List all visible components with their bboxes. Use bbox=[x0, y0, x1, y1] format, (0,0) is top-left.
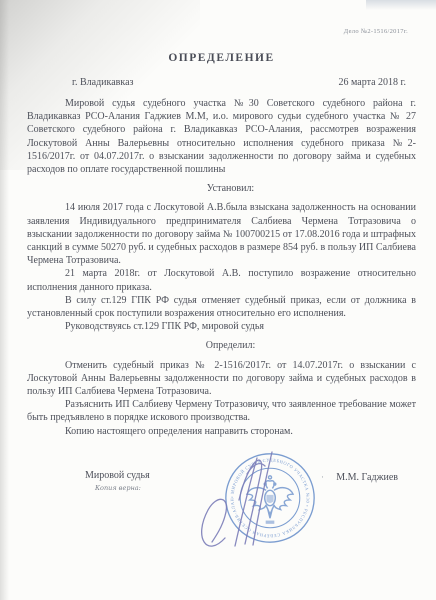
preamble-paragraph: Мировой судья судебного участка №30 Сове… bbox=[27, 97, 416, 176]
paragraph: В силу ст.129 ГПК РФ судья отменяет суде… bbox=[27, 294, 416, 320]
document-body: Мировой судья судебного участка №30 Сове… bbox=[27, 97, 416, 438]
paragraph: 14 июля 2017 года с Лоскутовой А.В.была … bbox=[27, 201, 416, 267]
signature-block: Мировой судья Копия верна: · М.М. Гаджие… bbox=[27, 464, 416, 584]
judge-signature bbox=[177, 442, 327, 572]
document-title: ОПРЕДЕЛЕНИЕ bbox=[27, 52, 416, 64]
scanned-court-document: Дело №2-1516/2017г. ОПРЕДЕЛЕНИЕ г. Влади… bbox=[0, 0, 436, 600]
judge-name: М.М. Гаджиев bbox=[336, 472, 398, 483]
paragraph: Разъяснить ИП Салбиеву Чермену Тотразови… bbox=[27, 398, 416, 424]
date: 26 марта 2018 г. bbox=[339, 77, 406, 88]
paragraph: Отменить судебный приказ № 2-1516/2017г.… bbox=[27, 359, 416, 399]
heading-decided: Определил: bbox=[45, 339, 416, 352]
document-content: Дело №2-1516/2017г. ОПРЕДЕЛЕНИЕ г. Влади… bbox=[0, 0, 436, 584]
city: г. Владикавказ bbox=[72, 77, 133, 88]
judge-role-label: Мировой судья bbox=[85, 470, 150, 481]
place-date-line: г. Владикавказ 26 марта 2018 г. bbox=[27, 77, 416, 88]
copy-note: Копия верна: bbox=[95, 484, 141, 492]
paragraph: 21 марта 2018г. от Лоскутовой А.В. посту… bbox=[27, 267, 416, 293]
paragraph: Копию настоящего определения направить с… bbox=[27, 425, 416, 438]
heading-established: Установил: bbox=[45, 182, 416, 195]
case-number: Дело №2-1516/2017г. bbox=[27, 28, 416, 35]
paragraph: Руководствуясь ст.129 ГПК РФ, мировой су… bbox=[27, 320, 416, 333]
